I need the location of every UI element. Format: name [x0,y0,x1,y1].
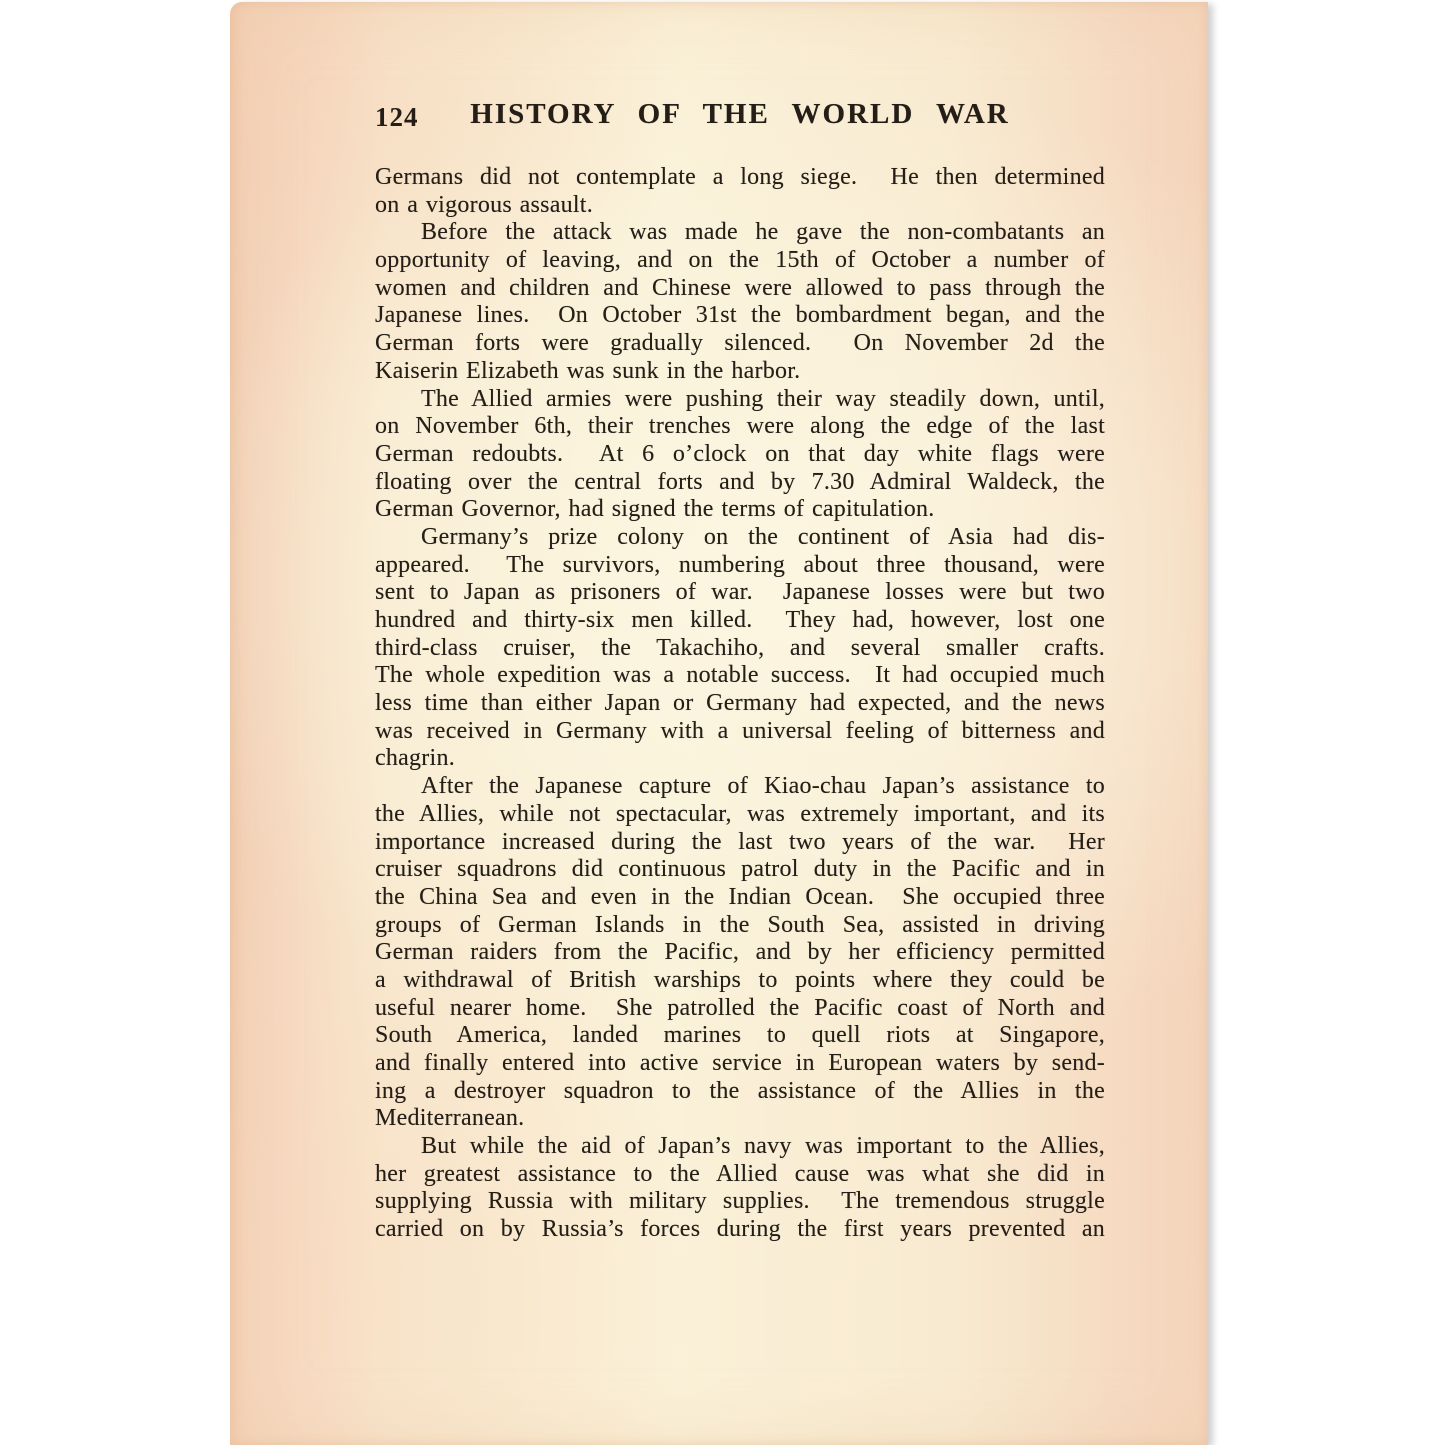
paragraph: Germany’s prize colony on the continent … [375,524,1105,773]
text-line: Kaiserin Elizabeth was sunk in the harbo… [375,358,1105,386]
text-line: South America, landed marines to quell r… [375,1022,1105,1050]
text-line: on a vigorous assault. [375,192,1105,220]
text-line: chagrin. [375,745,1105,773]
text-line: sent to Japan as prisoners of war. Japan… [375,579,1105,607]
text-line: importance increased during the last two… [375,829,1105,857]
text-line: useful nearer home. She patrolled the Pa… [375,995,1105,1023]
text-block: Germans did not contemplate a long siege… [375,164,1105,1244]
text-line: The whole expedition was a notable succe… [375,662,1105,690]
text-line: The Allied armies were pushing their way… [375,386,1105,414]
text-line: the China Sea and even in the Indian Oce… [375,884,1105,912]
running-head-title: HISTORY OF THE WORLD WAR [375,98,1105,131]
text-line: her greatest assistance to the Allied ca… [375,1161,1105,1189]
text-line: appeared. The survivors, numbering about… [375,552,1105,580]
text-line: groups of German Islands in the South Se… [375,912,1105,940]
paragraph: The Allied armies were pushing their way… [375,386,1105,524]
text-line: was received in Germany with a universal… [375,718,1105,746]
text-line: Before the attack was made he gave the n… [375,219,1105,247]
text-line: After the Japanese capture of Kiao-chau … [375,773,1105,801]
text-line: and finally entered into active service … [375,1050,1105,1078]
text-line: the Allies, while not spectacular, was e… [375,801,1105,829]
text-line: carried on by Russia’s forces during the… [375,1216,1105,1244]
text-line: German forts were gradually silenced. On… [375,330,1105,358]
paragraph: But while the aid of Japan’s navy was im… [375,1133,1105,1244]
page-header: 124 HISTORY OF THE WORLD WAR [375,98,1105,140]
text-line: But while the aid of Japan’s navy was im… [375,1133,1105,1161]
text-line: ing a destroyer squadron to the assistan… [375,1078,1105,1106]
text-line: cruiser squadrons did continuous patrol … [375,856,1105,884]
text-line: German raiders from the Pacific, and by … [375,939,1105,967]
text-line: on November 6th, their trenches were alo… [375,413,1105,441]
text-line: German redoubts. At 6 o’clock on that da… [375,441,1105,469]
text-line: floating over the central forts and by 7… [375,469,1105,497]
paragraph: Before the attack was made he gave the n… [375,219,1105,385]
text-line: supplying Russia with military supplies.… [375,1188,1105,1216]
photo-background: 124 HISTORY OF THE WORLD WAR Germans did… [0,0,1445,1445]
text-line: a withdrawal of British warships to poin… [375,967,1105,995]
text-line: opportunity of leaving, and on the 15th … [375,247,1105,275]
text-line: German Governor, had signed the terms of… [375,496,1105,524]
text-line: women and children and Chinese were allo… [375,275,1105,303]
text-line: Germans did not contemplate a long siege… [375,164,1105,192]
text-line: less time than either Japan or Germany h… [375,690,1105,718]
text-line: Germany’s prize colony on the continent … [375,524,1105,552]
text-line: Mediterranean. [375,1105,1105,1133]
page-number: 124 [375,102,419,133]
paragraph: Germans did not contemplate a long siege… [375,164,1105,219]
text-line: third-class cruiser, the Takachiho, and … [375,635,1105,663]
text-line: hundred and thirty-six men killed. They … [375,607,1105,635]
text-line: Japanese lines. On October 31st the bomb… [375,302,1105,330]
paragraph: After the Japanese capture of Kiao-chau … [375,773,1105,1133]
book-page: 124 HISTORY OF THE WORLD WAR Germans did… [230,2,1208,1445]
